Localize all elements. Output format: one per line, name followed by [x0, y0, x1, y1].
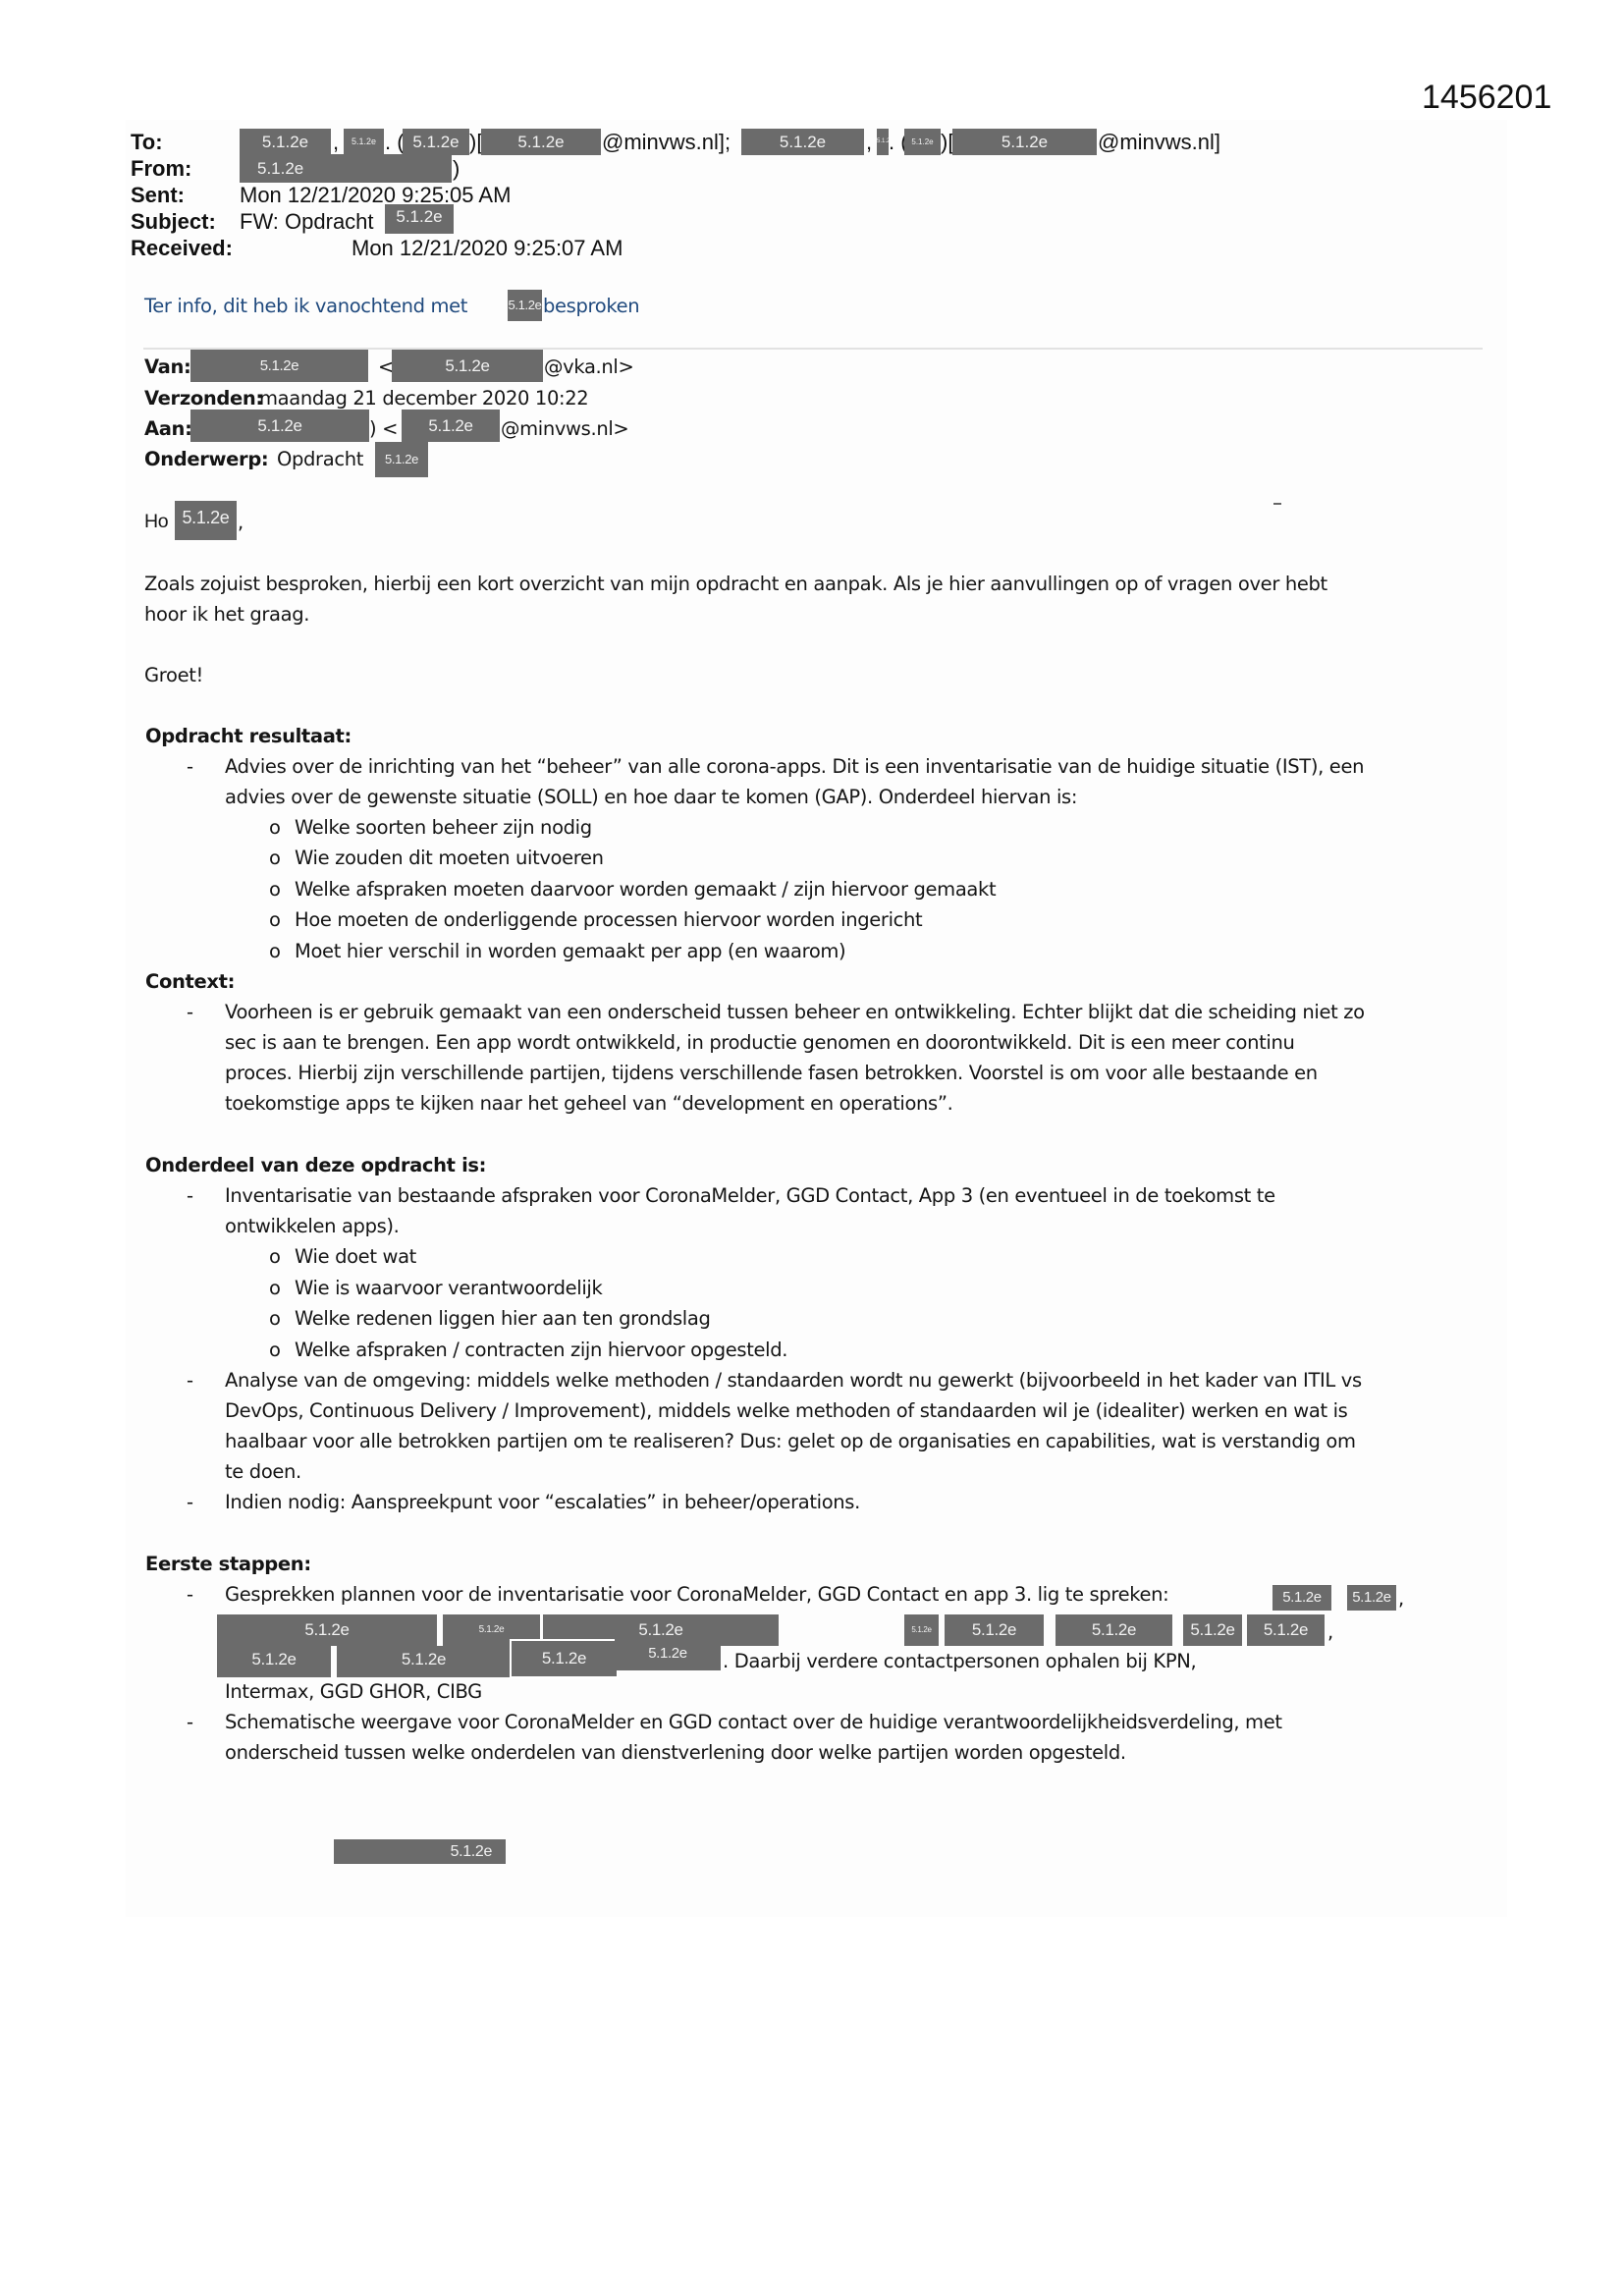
- redaction: 5.1.2e: [392, 350, 543, 382]
- list-item: . Daarbij verdere contactpersonen ophale…: [723, 1646, 1196, 1676]
- redaction: 5.1.2e: [1247, 1614, 1325, 1646]
- redaction: 5.1.2e: [904, 1614, 939, 1646]
- sub-list-item: Wie doet wat: [295, 1241, 416, 1272]
- section-heading: Opdracht resultaat:: [145, 721, 352, 751]
- redaction: 5.1.2e: [741, 129, 864, 155]
- received-label: Received:: [131, 235, 233, 261]
- aan-label: Aan:: [144, 413, 192, 444]
- to-separator: ,: [333, 129, 339, 155]
- list-item: Schematische weergave voor CoronaMelder …: [225, 1707, 1282, 1737]
- redaction: 5.1.2e: [217, 1614, 437, 1646]
- intro-text: Zoals zojuist besproken, hierbij een kor…: [144, 569, 1327, 599]
- redaction: 5.1.2e: [952, 129, 1097, 155]
- redaction: 5.1.2e: [337, 1646, 511, 1677]
- sub-bullet-icon: o: [269, 1335, 281, 1365]
- redaction: 5.1.2e: [615, 1639, 721, 1670]
- email-domain: @minvws.nl];: [602, 129, 731, 155]
- from-suffix: ): [453, 155, 460, 182]
- bullet-icon: -: [187, 1579, 193, 1610]
- list-item: DevOps, Continuous Delivery / Improvemen…: [225, 1395, 1348, 1426]
- redaction: 5.1.2e: [375, 442, 428, 477]
- list-item: Voorheen is er gebruik gemaakt van een o…: [225, 997, 1365, 1027]
- sub-bullet-icon: o: [269, 1241, 281, 1272]
- redaction: 5.1.2e: [945, 1614, 1044, 1646]
- redaction: 5.1.2e: [508, 290, 542, 321]
- bullet-icon: -: [187, 997, 193, 1027]
- redaction: 5.1.2e: [1347, 1585, 1396, 1611]
- van-domain: @vka.nl>: [544, 352, 633, 382]
- redaction: 5.1.2e: [175, 501, 237, 540]
- list-item: toekomstige apps te kijken naar het gehe…: [225, 1088, 952, 1119]
- sub-list-item: Welke afspraken moeten daarvoor worden g…: [295, 874, 996, 904]
- onderwerp-label: Onderwerp:: [144, 444, 268, 474]
- sub-bullet-icon: o: [269, 1303, 281, 1334]
- sub-bullet-icon: o: [269, 936, 281, 966]
- section-heading: Context:: [145, 966, 235, 997]
- list-item: ontwikkelen apps).: [225, 1211, 400, 1241]
- sub-bullet-icon: o: [269, 874, 281, 904]
- list-item: advies over de gewenste situatie (SOLL) …: [225, 782, 1077, 812]
- greeting: Ho: [144, 507, 168, 537]
- onderwerp-value: Opdracht: [277, 444, 363, 474]
- section-heading: Eerste stappen:: [145, 1549, 311, 1579]
- list-item: Indien nodig: Aanspreekpunt voor “escala…: [225, 1487, 860, 1517]
- list-item: Advies over de inrichting van het “behee…: [225, 751, 1364, 782]
- bullet-icon: -: [187, 1180, 193, 1211]
- sub-list-item: Wie zouden dit moeten uitvoeren: [295, 843, 604, 873]
- comma: ,: [1327, 1616, 1333, 1647]
- received-value: Mon 12/21/2020 9:25:07 AM: [352, 235, 623, 261]
- van-label: Van:: [144, 352, 190, 382]
- section-heading: Onderdeel van deze opdracht is:: [145, 1150, 486, 1180]
- sub-bullet-icon: o: [269, 843, 281, 873]
- bullet-icon: -: [187, 1707, 193, 1737]
- comma: ,: [1398, 1583, 1404, 1613]
- sub-bullet-icon: o: [269, 1273, 281, 1303]
- forward-note-text: Ter info, dit heb ik vanochtend met: [144, 291, 467, 321]
- list-item: Intermax, GGD GHOR, CIBG: [225, 1676, 482, 1707]
- sent-label: Sent:: [131, 182, 185, 208]
- from-label: From:: [131, 155, 191, 182]
- list-item: sec is aan te brengen. Een app wordt ont…: [225, 1027, 1295, 1058]
- redaction: 5.1.2e: [217, 1646, 331, 1677]
- bullet-icon: -: [187, 1487, 193, 1517]
- to-separator: . (: [385, 129, 405, 155]
- sub-list-item: Welke soorten beheer zijn nodig: [295, 812, 592, 843]
- to-separator: ,: [866, 129, 872, 155]
- redaction: 5.1.2e: [403, 129, 469, 155]
- subject-label: Subject:: [131, 208, 216, 235]
- redaction: 5.1.2e: [190, 410, 369, 442]
- list-item: Inventarisatie van bestaande afspraken v…: [225, 1180, 1275, 1211]
- signature-redaction: 5.1.2e: [334, 1839, 506, 1864]
- sub-list-item: Welke afspraken / contracten zijn hiervo…: [295, 1335, 787, 1365]
- redaction: 5.1.2e: [385, 204, 454, 234]
- greeting-comma: ,: [238, 507, 244, 537]
- forward-note-text: besproken: [543, 291, 639, 321]
- list-item: haalbaar voor alle betrokken partijen om…: [225, 1426, 1356, 1456]
- sign-off: Groet!: [144, 660, 203, 690]
- redaction: 5.1.2e: [877, 129, 889, 155]
- sub-bullet-icon: o: [269, 904, 281, 935]
- aan-domain: @minvws.nl>: [501, 413, 628, 444]
- email-domain: @minvws.nl]: [1098, 129, 1220, 155]
- redaction: 5.1.2e: [904, 129, 941, 155]
- redaction: 5.1.2e: [240, 154, 452, 183]
- to-label: To:: [131, 129, 163, 155]
- bullet-icon: -: [187, 751, 193, 782]
- sub-list-item: Hoe moeten de onderliggende processen hi…: [295, 904, 922, 935]
- list-item: onderscheid tussen welke onderdelen van …: [225, 1737, 1126, 1768]
- list-item: Analyse van de omgeving: middels welke m…: [225, 1365, 1362, 1395]
- sub-list-item: Moet hier verschil in worden gemaakt per…: [295, 936, 845, 966]
- redaction: 5.1.2e: [510, 1639, 619, 1678]
- subject-value: FW: Opdracht: [240, 208, 374, 235]
- list-item: proces. Hierbij zijn verschillende parti…: [225, 1058, 1318, 1088]
- list-item: Gesprekken plannen voor de inventarisati…: [225, 1579, 1168, 1610]
- redaction: 5.1.2e: [1272, 1585, 1331, 1611]
- aan-separator: ) <: [369, 413, 398, 444]
- bullet-icon: -: [187, 1365, 193, 1395]
- document-number: 1456201: [1422, 79, 1551, 117]
- sub-bullet-icon: o: [269, 812, 281, 843]
- redaction: 5.1.2e: [481, 129, 601, 155]
- redaction: 5.1.2e: [344, 129, 384, 155]
- redaction: 5.1.2e: [1183, 1614, 1242, 1646]
- intro-text: hoor ik het graag.: [144, 599, 309, 629]
- redaction: 5.1.2e: [1056, 1614, 1172, 1646]
- sub-list-item: Welke redenen liggen hier aan ten gronds…: [295, 1303, 711, 1334]
- list-item: te doen.: [225, 1456, 301, 1487]
- redaction: 5.1.2e: [190, 350, 368, 382]
- stray-mark: [1273, 503, 1281, 505]
- sent-value: Mon 12/21/2020 9:25:05 AM: [240, 182, 511, 208]
- redaction: 5.1.2e: [402, 410, 500, 442]
- sub-list-item: Wie is waarvoor verantwoordelijk: [295, 1273, 602, 1303]
- redaction: 5.1.2e: [240, 129, 331, 155]
